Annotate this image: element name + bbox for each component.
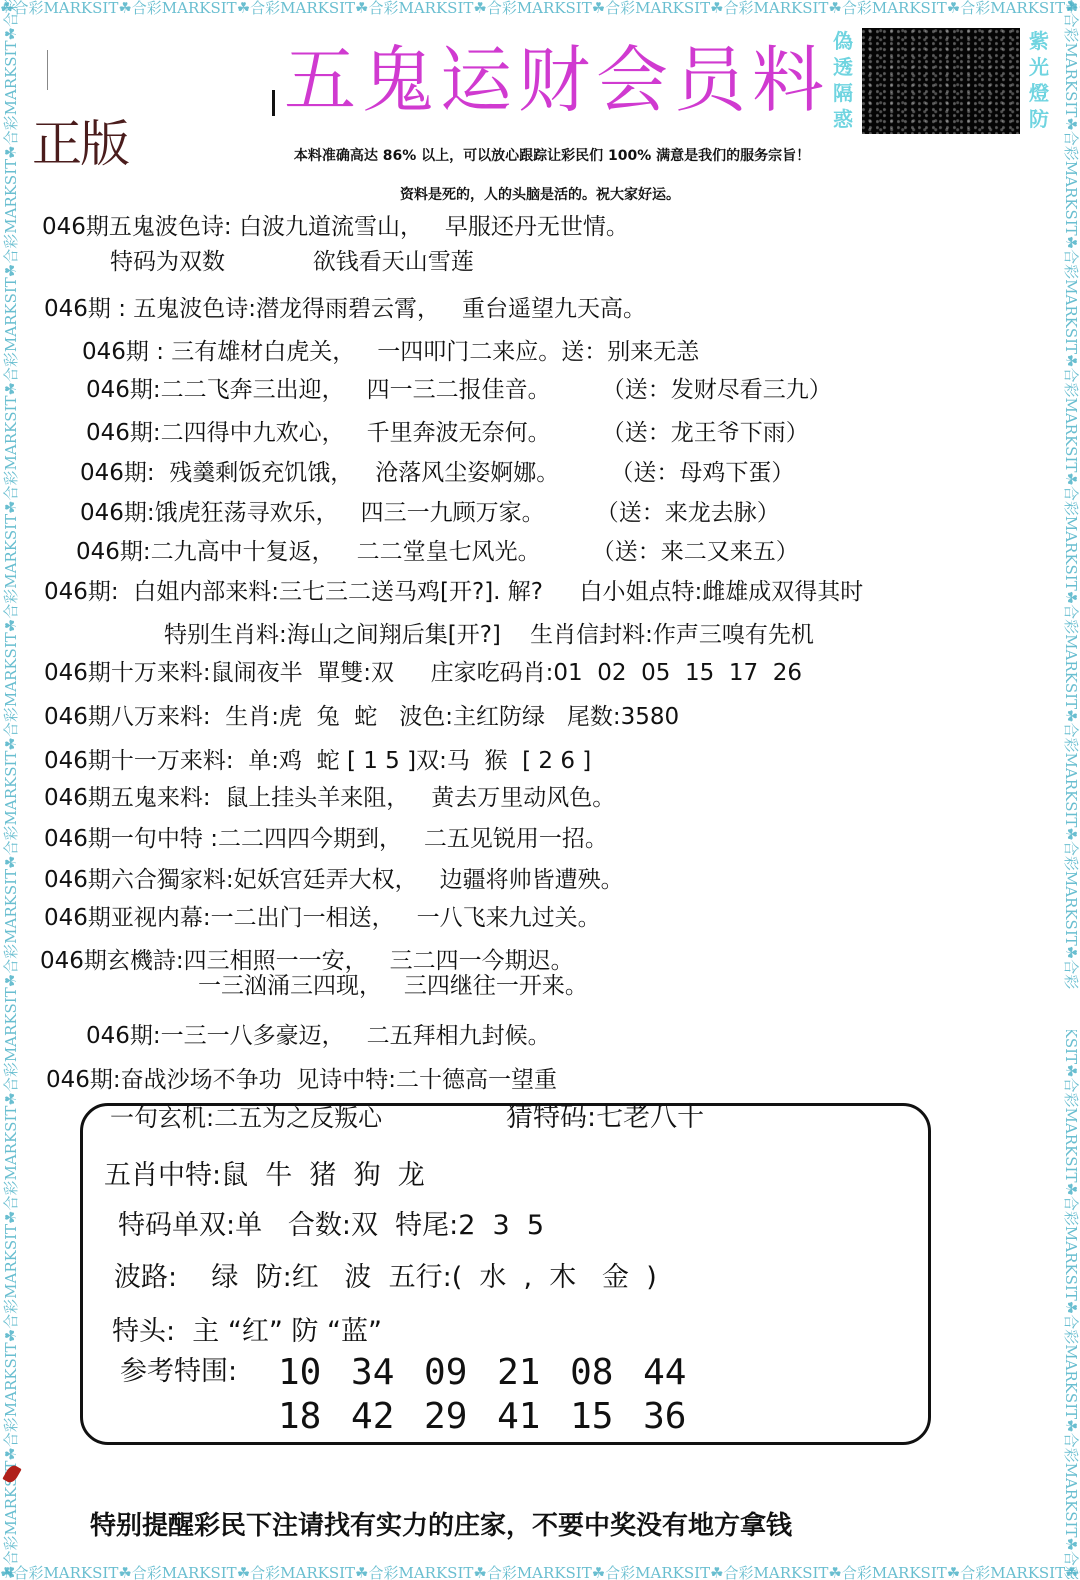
box-guess-tema: 猜特码:七老八十: [506, 1104, 704, 1131]
watermark-bottom: ☘合彩MARKSIT☘合彩MARKSIT☘合彩MARKSIT☘合彩MARKSIT…: [0, 1562, 1080, 1580]
anti-fake-char: 光: [1028, 54, 1050, 80]
box-xuanji: 一句玄机:二五为之反叛心: [110, 1106, 382, 1130]
box-odd-even: 特码单双:单 合数:双 特尾:2 3 5: [118, 1212, 544, 1239]
line-wugui-source: 046期五鬼来料: 鼠上挂头羊来阻， 黄去万里动风色。: [44, 787, 615, 810]
divider-line: [47, 50, 48, 90]
watermark-right: ☘合彩MARKSIT☘合彩MARKSIT☘合彩MARKSIT☘合彩MARKSIT…: [1064, 0, 1080, 1579]
line-xuanji-poem: 046期玄機詩:四三相照一一安， 三二四一今期迟。: [40, 950, 574, 973]
line-baijie-inside: 046期: 白姐内部来料:三七三二送马鸡[开?]. 解? 白小姐点特:雌雄成双得…: [44, 581, 863, 604]
line-poem-erjiu-gao: 046期:二九高中十复返， 二二堂皇七风光。 （送：来二又来五）: [76, 541, 799, 564]
line-poem-ehu: 046期:饿虎狂荡寻欢乐， 四三一九顾万家。 （送：来龙去脉）: [80, 502, 780, 525]
line-haomai: 046期:一三一八多豪迈， 二五拜相九封候。: [86, 1025, 551, 1048]
line-fenzhan: 046期:奋战沙场不争功 见诗中特:二十德高一望重: [46, 1069, 557, 1092]
line-poem-feiben: 046期:二二飞奔三出迎， 四一三二报佳音。 （送：发财尽看三九）: [86, 379, 832, 402]
anti-fake-char: 惑: [832, 106, 854, 132]
line-80k-source: 046期八万来料: 生肖:虎 兔 蛇 波色:主红防绿 尾数:3580: [44, 706, 679, 729]
line-100k-source: 046期十万来料:鼠闹夜半 單雙:双 庄家吃码肖:01 02 05 15 17 …: [44, 662, 802, 685]
line-wugui-bose-poem: 046期五鬼波色诗: 白波九道流雪山， 早服还丹无世情。: [42, 216, 629, 239]
line-tema-double: 特码为双数 欲钱看天山雪莲: [110, 251, 474, 274]
box-five-zodiac: 五肖中特:鼠 牛 猪 狗 龙: [104, 1162, 425, 1189]
anti-fake-scratch-code: [862, 28, 1020, 134]
line-special-zodiac: 特别生肖料:海山之间翔后集[开?] 生肖信封料:作声三嗅有先机: [164, 624, 814, 647]
line-110k-source: 046期十一万来料: 单:鸡 蛇 [ 1 5 ]双:马 猴 [ 2 6 ]: [44, 750, 591, 773]
box-wave-path: 波路: 绿 防:红 波 五行:( 水 , 木 金 ): [114, 1264, 657, 1291]
anti-fake-char: 隔: [832, 80, 854, 106]
genuine-badge: 正版: [32, 104, 128, 176]
anti-fake-char: 紫: [1028, 28, 1050, 54]
line-liuhe-exclusive: 046期六合獨家料:妃妖宫廷弄大权， 边疆将帅皆遭殃。: [44, 869, 624, 892]
page-title: 五鬼运财会员料: [284, 44, 830, 116]
watermark-top: ☘合彩MARKSIT☘合彩MARKSIT☘合彩MARKSIT☘合彩MARKSIT…: [0, 0, 1080, 15]
title-bar-mark: [272, 90, 275, 116]
watermark-gap: [1058, 990, 1080, 1030]
anti-fake-label-right: 紫 光 燈 防: [1028, 28, 1050, 132]
box-reference-numbers-row1: 10 34 09 21 08 44: [278, 1352, 686, 1393]
line-xuanji-poem-2: 一三汹涌三四现， 三四继往一开来。: [198, 975, 588, 998]
line-poem-cangeng: 046期: 残羹剩饭充饥饿， 沧落风尘姿婀娜。 （送：母鸡下蛋）: [80, 462, 794, 485]
anti-fake-char: 燈: [1028, 80, 1050, 106]
watermark-left: ☘合彩MARKSIT☘合彩MARKSIT☘合彩MARKSIT☘合彩MARKSIT…: [0, 0, 18, 1579]
line-wugui-bose-poem-2: 046期 : 五鬼波色诗:潜龙得雨碧云霄， 重台遥望九天高。: [44, 298, 646, 321]
slogan-accuracy: 本料准确高达 86% 以上，可以放心跟踪让彩民们 100% 满意是我们的服务宗旨…: [12, 145, 1080, 165]
box-tetou: 特头: 主 “红” 防 “蓝”: [112, 1318, 382, 1345]
line-poem-erjiu: 046期:二四得中九欢心， 千里奔波无奈何。 （送：龙王爷下雨）: [86, 422, 809, 445]
anti-fake-char: 偽: [832, 28, 854, 54]
line-poem-baihu: 046期 : 三有雄材白虎关， 一四叩门二来应。送：别来无恙: [82, 341, 699, 364]
box-reference-numbers-row2: 18 42 29 41 15 36: [278, 1396, 686, 1437]
footer-reminder: 特别提醒彩民下注请找有实力的庄家，不要中奖没有地方拿钱: [90, 1505, 792, 1542]
anti-fake-label-left: 偽 透 隔 惑: [832, 28, 854, 132]
line-yashi-inside: 046期亚视内幕:一二出门一相送， 一八飞来九过关。: [44, 907, 601, 930]
anti-fake-char: 透: [832, 54, 854, 80]
box-reference-label: 参考特围:: [120, 1358, 237, 1385]
anti-fake-char: 防: [1028, 106, 1050, 132]
line-one-sentence: 046期一句中特 :二二四四今期到， 二五见锐用一招。: [44, 828, 608, 851]
slogan-good-luck: 资料是死的，人的头脑是活的。祝大家好运。: [0, 184, 1080, 204]
